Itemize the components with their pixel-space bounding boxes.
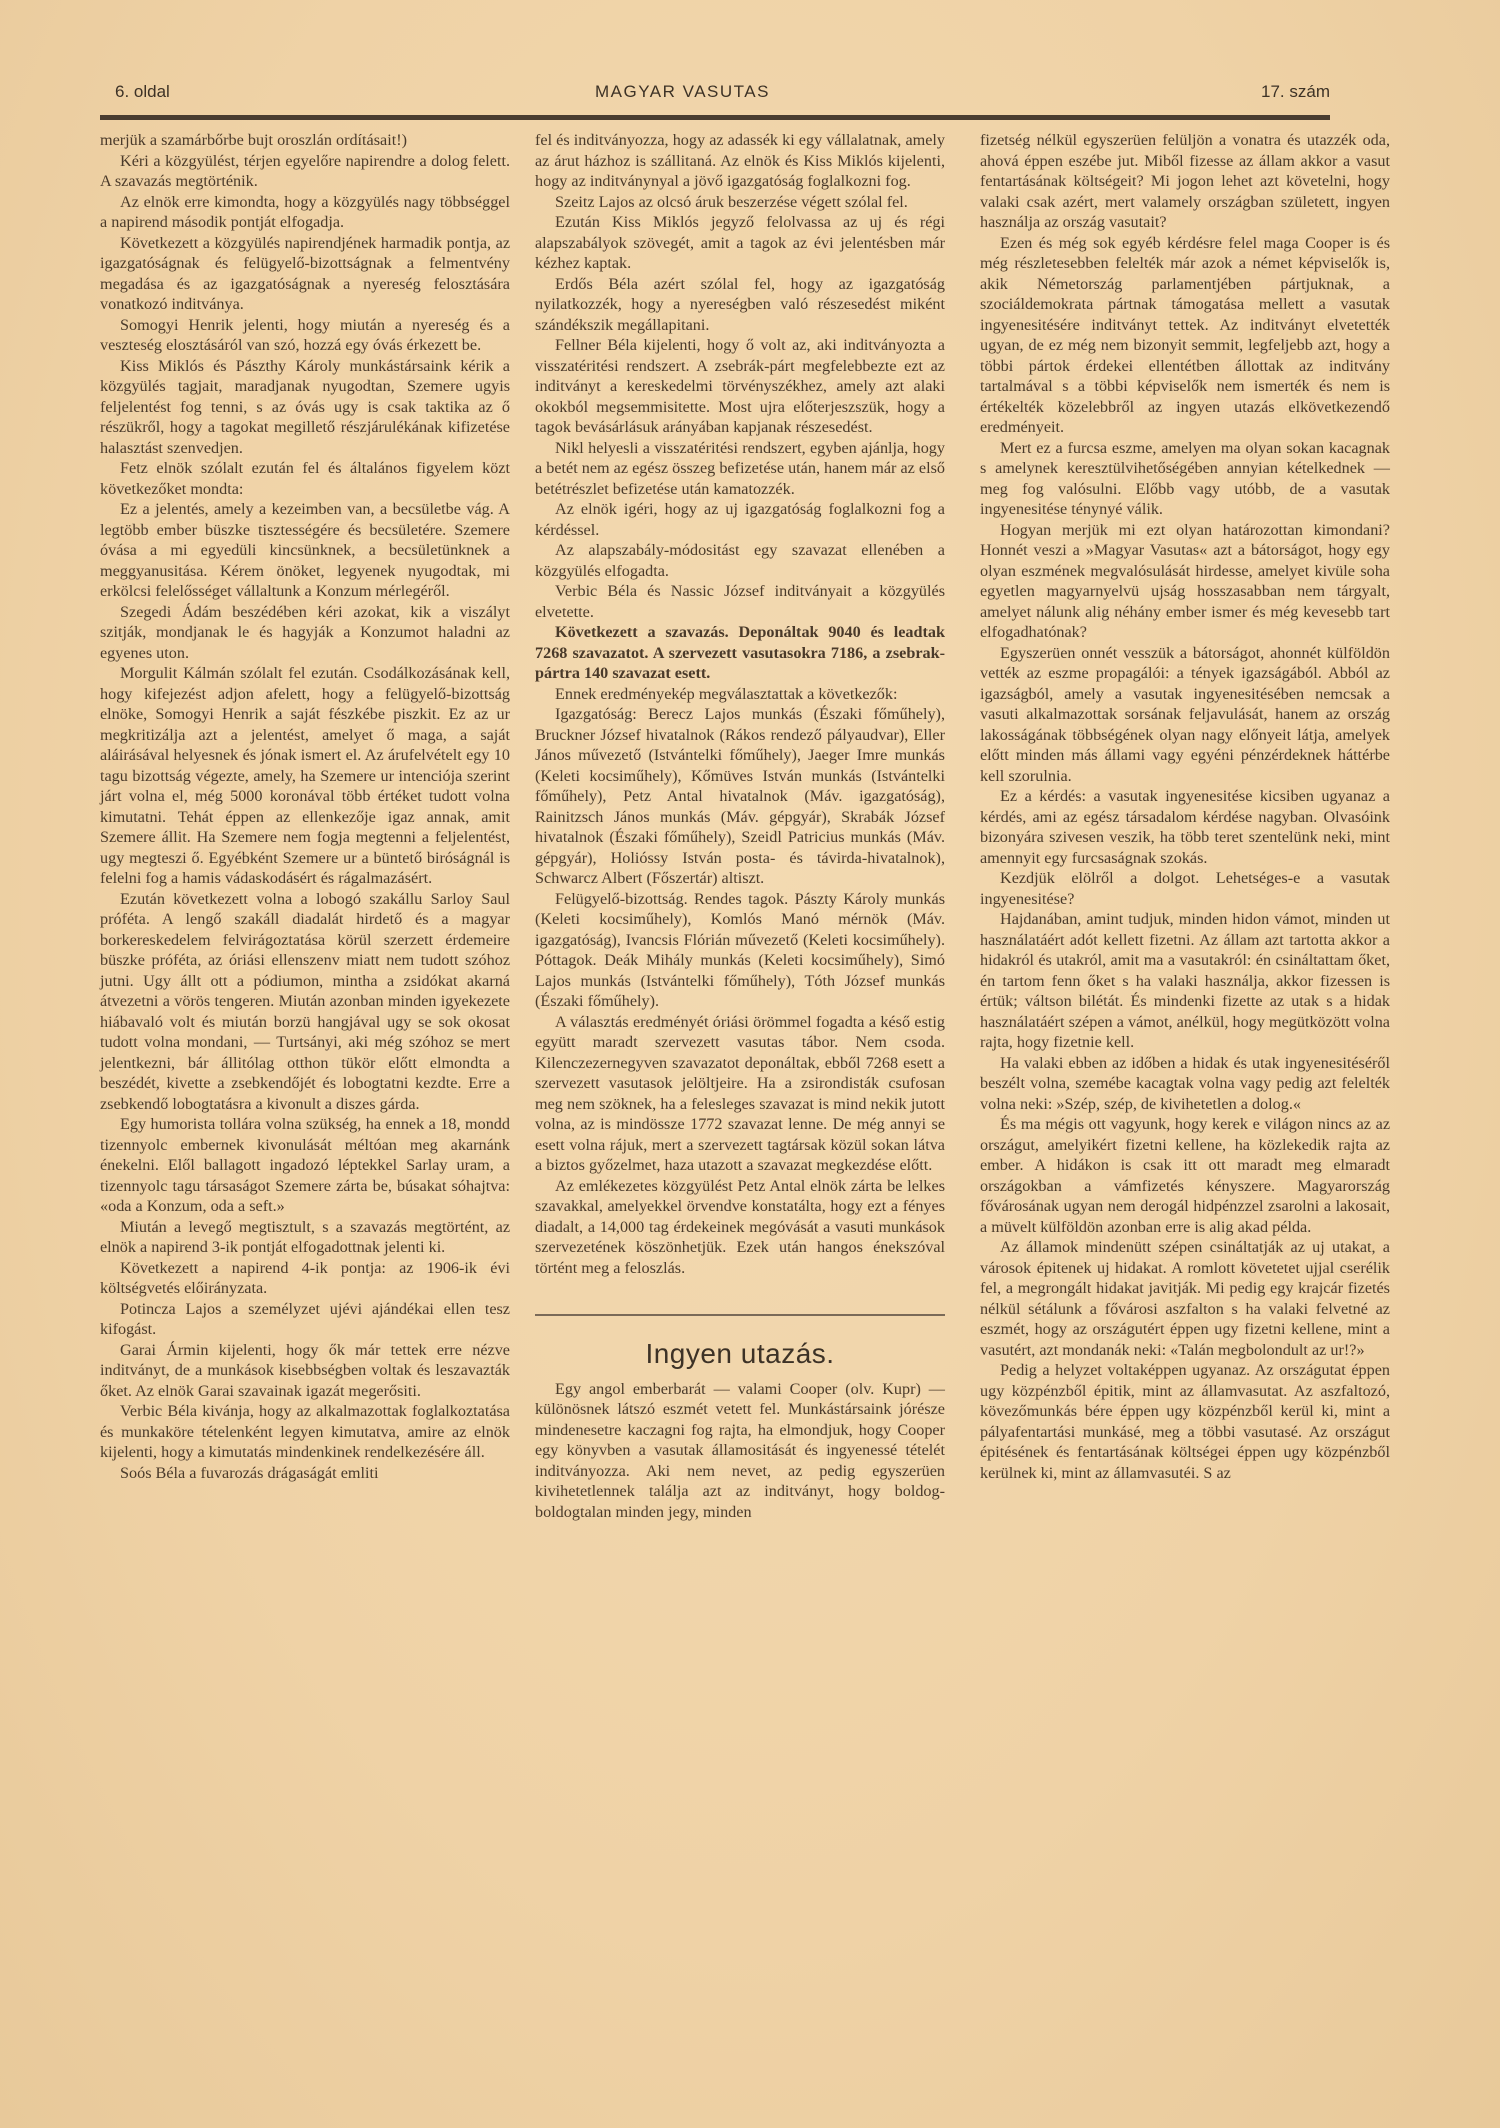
- paragraph: Következett a közgyülés napirendjének ha…: [100, 233, 510, 315]
- paragraph: És ma mégis ott vagyunk, hogy kerek e vi…: [980, 1114, 1390, 1237]
- paragraph: fizetség nélkül egyszerüen felüljön a vo…: [980, 130, 1390, 233]
- paragraph: Garai Ármin kijelenti, hogy ők már tette…: [100, 1340, 510, 1402]
- paragraph: Ezután Kiss Miklós jegyző felolvassa az …: [535, 212, 945, 274]
- paragraph: fel és inditványozza, hogy az adassék ki…: [535, 130, 945, 192]
- header-rule: [100, 115, 1330, 120]
- column-3: fizetség nélkül egyszerüen felüljön a vo…: [980, 130, 1390, 1483]
- paragraph: Fellner Béla kijelenti, hogy ő volt az, …: [535, 335, 945, 438]
- paragraph: Hajdanában, amint tudjuk, minden hidon v…: [980, 909, 1390, 1053]
- paragraph: Egyszerüen onnét vesszük a bátorságot, a…: [980, 643, 1390, 787]
- paragraph: Ha valaki ebben az időben a hidak és uta…: [980, 1053, 1390, 1115]
- paragraph: Szegedi Ádám beszédében kéri azokat, kik…: [100, 602, 510, 664]
- paragraph: Az emlékezetes közgyülést Petz Antal eln…: [535, 1176, 945, 1279]
- paragraph: Morgulit Kálmán szólalt fel ezután. Csod…: [100, 663, 510, 889]
- column-2: fel és inditványozza, hogy az adassék ki…: [535, 130, 945, 1522]
- paragraph: Somogyi Henrik jelenti, hogy miután a ny…: [100, 315, 510, 356]
- paragraph: Az elnök erre kimondta, hogy a közgyülés…: [100, 192, 510, 233]
- supervisory-board-paragraph: Felügyelő-bizottság. Rendes tagok. Pászt…: [535, 889, 945, 1012]
- page-number: 6. oldal: [115, 82, 170, 102]
- paragraph: Verbic Béla és Nassic József inditványai…: [535, 581, 945, 622]
- paragraph: A választás eredményét óriási örömmel fo…: [535, 1012, 945, 1176]
- paragraph: merjük a szamárbőrbe bujt oroszlán ordít…: [100, 130, 510, 151]
- paragraph: Következett a napirend 4-ik pontja: az 1…: [100, 1258, 510, 1299]
- paragraph: Kéri a közgyülést, térjen egyelőre napir…: [100, 151, 510, 192]
- paragraph: Mert ez a furcsa eszme, amelyen ma olyan…: [980, 438, 1390, 520]
- paragraph: Verbic Béla kivánja, hogy az alkalmazott…: [100, 1401, 510, 1463]
- article-headline: Ingyen utazás.: [535, 1344, 945, 1365]
- paragraph: Ezután következett volna a lobogó szakál…: [100, 889, 510, 1115]
- paragraph: Erdős Béla azért szólal fel, hogy az iga…: [535, 274, 945, 336]
- paragraph: Ezen és még sok egyéb kérdésre felel mag…: [980, 233, 1390, 438]
- paragraph: Kiss Miklós és Pászthy Károly munkástárs…: [100, 356, 510, 459]
- article-separator: [535, 1314, 945, 1316]
- paragraph: Ez a kérdés: a vasutak ingyenesitése kic…: [980, 786, 1390, 868]
- paragraph: Egy humorista tollára volna szükség, ha …: [100, 1114, 510, 1217]
- paragraph: Miután a levegő megtisztult, s a szavazá…: [100, 1217, 510, 1258]
- paragraph: Ez a jelentés, amely a kezeimben van, a …: [100, 499, 510, 602]
- vote-result-paragraph: Következett a szavazás. Deponáltak 9040 …: [535, 622, 945, 684]
- page-header: 6. oldal MAGYAR VASUTAS 17. szám: [115, 82, 1330, 110]
- paragraph: Egy angol emberbarát — valami Cooper (ol…: [535, 1379, 945, 1523]
- elected-board-paragraph: Igazgatóság: Berecz Lajos munkás (Északi…: [535, 704, 945, 889]
- paragraph: Soós Béla a fuvarozás drágaságát emliti: [100, 1463, 510, 1484]
- paragraph: Az elnök igéri, hogy az uj igazgatóság f…: [535, 499, 945, 540]
- paragraph: Kezdjük elölről a dolgot. Lehetséges-e a…: [980, 868, 1390, 909]
- issue-number: 17. szám: [1261, 82, 1330, 102]
- paragraph: Az államok mindenütt szépen csináltatják…: [980, 1237, 1390, 1360]
- paragraph: Fetz elnök szólalt ezután fel és általán…: [100, 458, 510, 499]
- newspaper-page: 6. oldal MAGYAR VASUTAS 17. szám merjük …: [0, 0, 1500, 2128]
- paragraph: Pedig a helyzet voltaképpen ugyanaz. Az …: [980, 1360, 1390, 1483]
- paragraph: Nikl helyesli a visszatéritési rendszert…: [535, 438, 945, 500]
- paragraph: Az alapszabály-módositást egy szavazat e…: [535, 540, 945, 581]
- column-1: merjük a szamárbőrbe bujt oroszlán ordít…: [100, 130, 510, 1483]
- paragraph: Hogyan merjük mi ezt olyan határozottan …: [980, 520, 1390, 643]
- paragraph: Szeitz Lajos az olcsó áruk beszerzése vé…: [535, 192, 945, 213]
- masthead: MAGYAR VASUTAS: [595, 82, 770, 102]
- paragraph: Potincza Lajos a személyzet ujévi ajándé…: [100, 1299, 510, 1340]
- paragraph: Ennek eredményekép megválasztattak a köv…: [535, 684, 945, 705]
